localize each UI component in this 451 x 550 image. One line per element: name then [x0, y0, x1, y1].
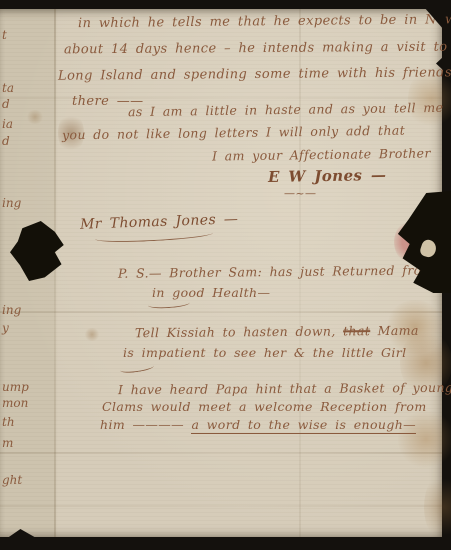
margin-fragment: ing: [2, 303, 21, 317]
signature: E W Jones —: [268, 168, 387, 185]
margin-fragment: m: [2, 436, 13, 450]
margin-fragment: y: [2, 321, 9, 335]
closing-line: I am your Affectionate Brother: [212, 147, 431, 163]
margin-fragment: ia: [2, 117, 13, 131]
postscript-line: is impatient to see her & the little Gir…: [123, 347, 407, 360]
margin-fragment: d: [2, 134, 10, 148]
postscript-text: Mama: [370, 323, 419, 338]
margin-fragment: ta: [2, 81, 14, 95]
margin-fragment: ing: [2, 196, 21, 210]
horizontal-fold-crease: [0, 311, 442, 313]
letter-body-line: Long Island and spending some time with …: [58, 66, 451, 82]
margin-fragment: mon: [2, 396, 28, 410]
letter-body-line: in which he tells me that he expects to …: [78, 13, 451, 30]
struck-word: that: [343, 323, 370, 338]
signature-flourish: —~—: [284, 188, 316, 199]
postscript-text: Tell Kissiah to hasten down,: [135, 323, 343, 340]
underlined-phrase: a word to the wise is enough—: [191, 417, 416, 434]
postscript-line: in good Health—: [152, 287, 270, 300]
horizontal-fold-crease: [0, 97, 442, 99]
ink-stain: [84, 328, 100, 341]
ink-stain: [26, 110, 44, 124]
postscript-line: him ———— a word to the wise is enough—: [100, 419, 416, 432]
postscript-line: Clams would meet a welcome Reception fro…: [102, 401, 427, 414]
letter-body-line: about 14 days hence – he intends making …: [64, 41, 447, 57]
letter-photo: in which he tells me that he expects to …: [0, 0, 451, 550]
margin-fragment: ump: [2, 380, 29, 394]
postscript-text: him ————: [100, 417, 191, 432]
margin-fragment: ght: [2, 473, 22, 487]
vertical-fold-crease: [54, 9, 56, 537]
margin-fragment: th: [2, 415, 15, 429]
margin-fragment: d: [2, 97, 10, 111]
postscript-line: Tell Kissiah to hasten down, that Mama: [135, 325, 419, 340]
margin-fragment: t: [2, 28, 7, 42]
horizontal-fold-crease: [0, 505, 442, 507]
postscript-line: I have heard Papa hint that a Basket of …: [118, 382, 451, 397]
horizontal-fold-crease: [0, 452, 442, 454]
